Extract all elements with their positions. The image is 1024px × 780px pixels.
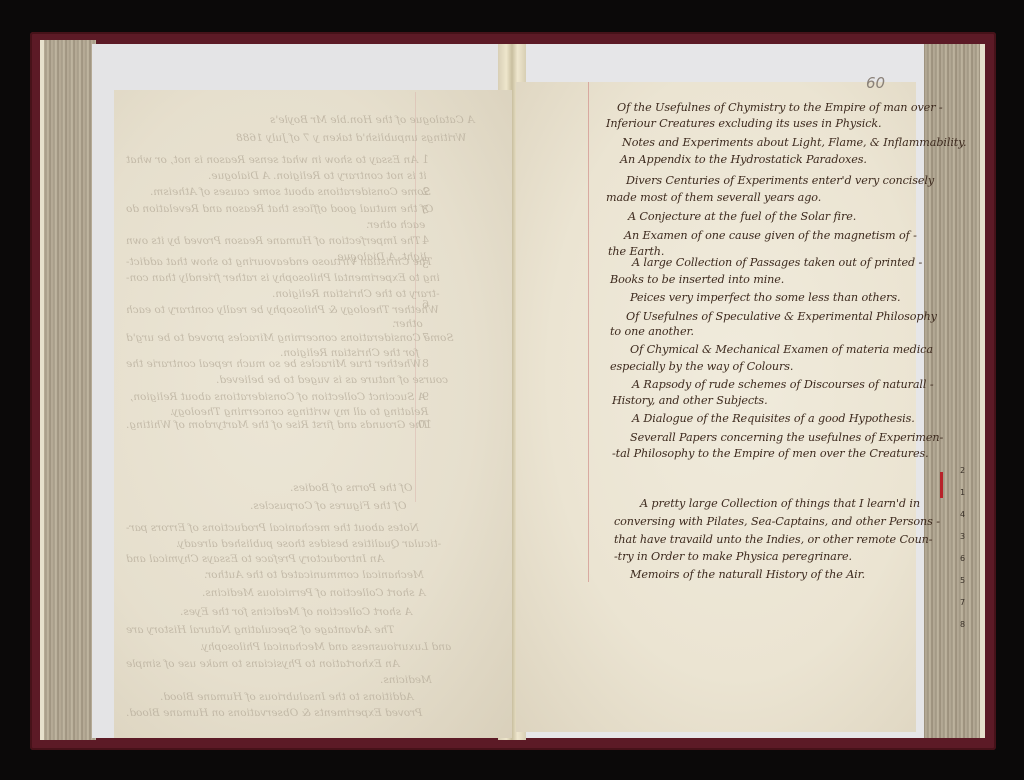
manuscript-line: Severall Papers concerning the usefulnes… bbox=[630, 431, 943, 444]
manuscript-line: History, and other Subjects. bbox=[612, 394, 768, 407]
left-page-block-edge bbox=[40, 40, 96, 740]
bleed-line: other. bbox=[392, 318, 423, 330]
bleed-line: Of the mutual good offices that Reason a… bbox=[126, 203, 433, 215]
bleed-line: The Christian Virtuoso endeavouring to s… bbox=[126, 256, 433, 268]
manuscript-line: Notes and Experiments about Light, Flame… bbox=[622, 136, 966, 149]
manuscript-line: Peices very imperfect tho some less than… bbox=[630, 291, 901, 304]
manuscript-line: Of the Usefulnes of Chymistry to the Emp… bbox=[617, 101, 943, 114]
manuscript-line: -try in Order to make Physica peregrinar… bbox=[614, 550, 852, 563]
bleed-line: A short Collection of Medicins for the E… bbox=[180, 606, 412, 618]
manuscript-line: A Rapsody of rude schemes of Discourses … bbox=[632, 378, 934, 391]
bleed-line: Mechanical communicated to the Author. bbox=[204, 569, 424, 581]
bleed-line: each other. bbox=[366, 219, 425, 231]
bleed-line: -trary to the Christian Religion. bbox=[272, 288, 440, 300]
bleed-line: and Luxuriousness and Mechanical Philoso… bbox=[200, 641, 451, 653]
bleed-line: An Essay to show in what sense Reason is… bbox=[126, 154, 418, 166]
manuscript-line: An Examen of one cause given of the magn… bbox=[624, 229, 917, 242]
bleed-line: Whether Theology & Philosophy be really … bbox=[126, 304, 439, 316]
manuscript-line: A large Collection of Passages taken out… bbox=[632, 256, 922, 269]
bleed-line: it is not contrary to Religion. A Dialog… bbox=[208, 170, 427, 182]
manuscript-line: that have travaild unto the Indies, or o… bbox=[614, 533, 932, 546]
bleed-line: An Exhortation to Physicians to make use… bbox=[126, 658, 399, 670]
bleed-line: Of the Figures of Corpuscles. bbox=[250, 500, 406, 512]
right-page-margin-line bbox=[588, 82, 589, 582]
manuscript-line: especially by the way of Colours. bbox=[610, 360, 793, 373]
red-bookmark-tab bbox=[940, 472, 943, 498]
bleed-line: A Succinct Collection of Considerations … bbox=[130, 391, 425, 403]
manuscript-line: Memoirs of the naturall History of the A… bbox=[630, 568, 865, 581]
bleed-line: Whether true Miracles be so much repeal … bbox=[126, 358, 421, 370]
manuscript-line: A Conjecture at the fuel of the Solar fi… bbox=[628, 210, 856, 223]
bleed-line: Proved Experiments & Observations on Hum… bbox=[126, 707, 422, 719]
bleed-line: Additions to the Insalubrious of Humane … bbox=[160, 691, 414, 703]
bleed-heading-line: A Catalogue of the Hon.ble Mr Boyle's bbox=[270, 114, 475, 126]
manuscript-line: Of Usefulnes of Speculative & Experiment… bbox=[626, 310, 937, 323]
manuscript-line: to one another. bbox=[610, 325, 694, 338]
bleed-line: The Grounds and first Rise of the Martyr… bbox=[126, 419, 429, 431]
manuscript-line: A Dialogue of the Requisites of a good H… bbox=[632, 412, 915, 425]
bleed-line: ing to Experimental Philosophy is rather… bbox=[126, 272, 440, 284]
bleed-line: Relating to all my writings concerning T… bbox=[170, 406, 428, 418]
bleed-line: Medicins. bbox=[380, 674, 432, 686]
bleed-line: A short Collection of Pernicious Medicin… bbox=[202, 587, 425, 599]
bleed-line: Of the Porns of Bodies. bbox=[290, 482, 412, 494]
manuscript-line: A pretty large Collection of things that… bbox=[640, 497, 920, 510]
bleed-line: Some Considerations about some causes of… bbox=[150, 186, 431, 198]
edge-folio-numbers: 2 1 4 3 6 5 7 8 bbox=[960, 460, 976, 636]
manuscript-line: Inferiour Creatures excluding its uses i… bbox=[606, 117, 882, 130]
bleed-line: The Advantage of Speculating Natural His… bbox=[126, 624, 394, 636]
bleed-heading-line: Writings unpublish'd taken y 7 of July 1… bbox=[236, 132, 466, 144]
bleed-line: Notes about the mechanical Productions o… bbox=[126, 522, 419, 534]
bleed-line: -ticular Qualities besides those publish… bbox=[176, 538, 441, 550]
manuscript-line: Divers Centuries of Experiments enter'd … bbox=[626, 174, 934, 187]
folio-number: 60 bbox=[866, 74, 885, 92]
manuscript-line: conversing with Pilates, Sea-Captains, a… bbox=[614, 515, 940, 528]
bleed-line: course of nature as is vuged to be belie… bbox=[216, 374, 448, 386]
manuscript-line: -tal Philosophy to the Empire of men ove… bbox=[612, 447, 929, 460]
manuscript-line: Of Chymical & Mechanical Examen of mater… bbox=[630, 343, 933, 356]
manuscript-line: made most of them severall years ago. bbox=[606, 191, 821, 204]
manuscript-line: An Appendix to the Hydrostatick Paradoxe… bbox=[620, 153, 867, 166]
bleed-line: Some Considerations concerning Miracles … bbox=[126, 332, 454, 344]
manuscript-line: Books to be inserted into mine. bbox=[610, 273, 784, 286]
bleed-line: The Imperfection of Humane Reason Proved… bbox=[126, 235, 421, 247]
bleed-line: An Introductory Preface to Essays Chymic… bbox=[126, 553, 384, 565]
